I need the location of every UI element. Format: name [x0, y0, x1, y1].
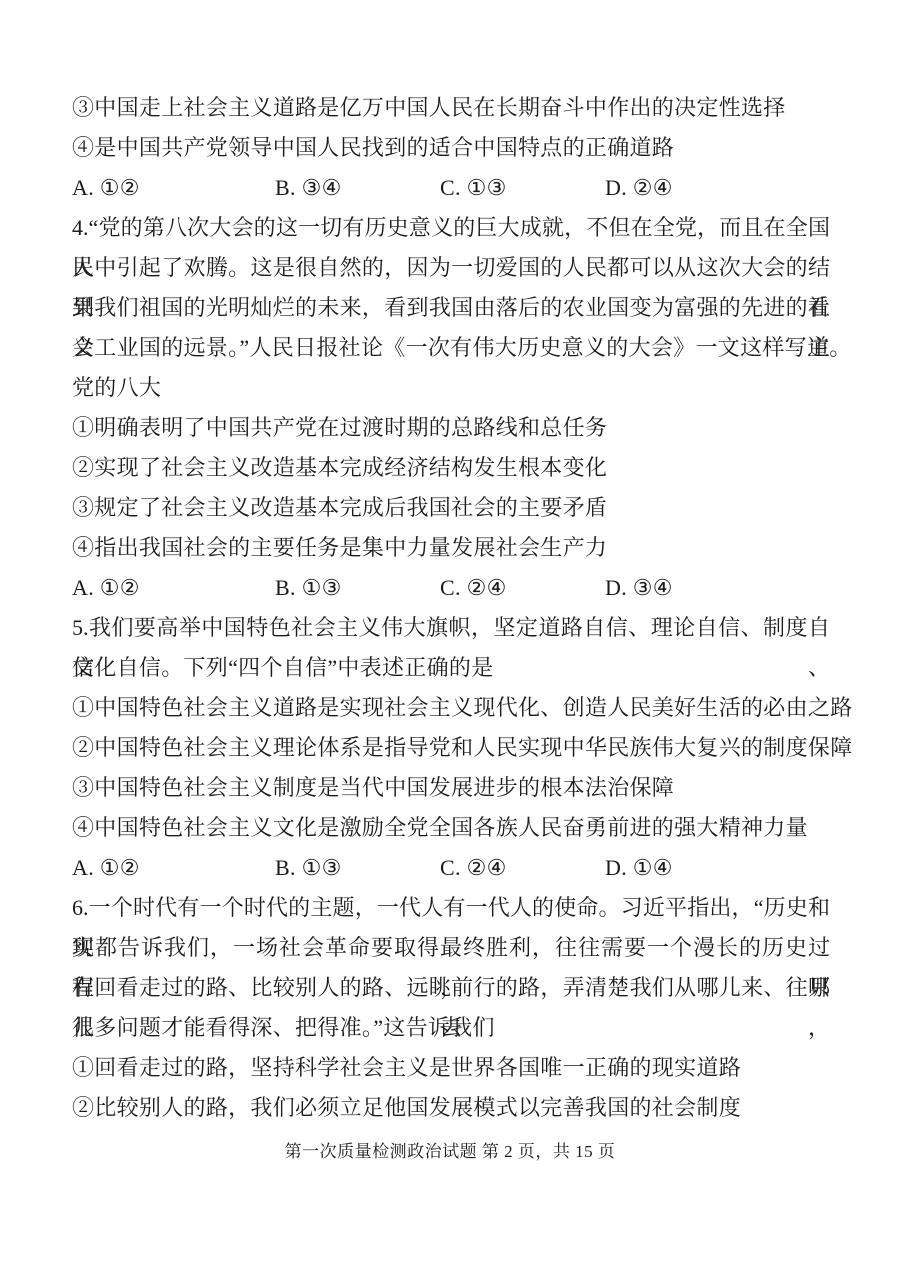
q4-statement-3: ③规定了社会主义改造基本完成后我国社会的主要矛盾: [72, 488, 830, 528]
q5-choice-c: C. ②④: [440, 848, 605, 888]
q5-choice-a: A. ①②: [72, 848, 275, 888]
q4-stem-line-5: 党的八大: [72, 368, 830, 408]
q5-choice-row: A. ①② B. ①③ C. ②④ D. ①④: [72, 848, 830, 888]
q3-choice-d: D. ②④: [605, 168, 830, 208]
q5-choice-b: B. ①③: [275, 848, 440, 888]
q4-choice-a: A. ①②: [72, 568, 275, 608]
q5-statement-3: ③中国特色社会主义制度是当代中国发展进步的根本法治保障: [72, 768, 830, 808]
q5-statement-2: ②中国特色社会主义理论体系是指导党和人民实现中华民族伟大复兴的制度保障: [72, 728, 830, 768]
q4-statement-4: ④指出我国社会的主要任务是集中力量发展社会生产力: [72, 528, 830, 568]
q5-statement-4: ④中国特色社会主义文化是激励全党全国各族人民奋勇前进的强大精神力量: [72, 808, 830, 848]
page-footer: 第一次质量检测政治试题 第 2 页，共 15 页: [0, 1140, 900, 1164]
q3-choice-c: C. ①③: [440, 168, 605, 208]
q6-stem-line-2: 实都告诉我们，一场社会革命要取得最终胜利，往往需要一个漫长的历史过程，只: [72, 928, 830, 968]
q6-statement-1: ①回看走过的路，坚持科学社会主义是世界各国唯一正确的现实道路: [72, 1048, 830, 1088]
q4-choice-c: C. ②④: [440, 568, 605, 608]
q4-stem-line-4: 义工业国的远景。”人民日报社论《一次有伟大历史意义的大会》一文这样写道。: [72, 328, 830, 368]
q4-stem-line-3: 到我们祖国的光明灿烂的未来，看到我国由落后的农业国变为富强的先进的社会主: [72, 288, 830, 328]
q4-statement-1: ①明确表明了中国共产党在过渡时期的总路线和总任务: [72, 408, 830, 448]
q6-stem-line-3: 有回看走过的路、比较别人的路、远眺前行的路，弄清楚我们从哪儿来、往哪儿去，: [72, 968, 830, 1008]
q5-stem-line-1: 5.我们要高举中国特色社会主义伟大旗帜，坚定道路自信、理论自信、制度自信、: [72, 608, 830, 648]
q4-stem-line-2: 民中引起了欢腾。这是很自然的，因为一切爱国的人民都可以从这次大会的结果看: [72, 248, 830, 288]
q4-choice-d: D. ③④: [605, 568, 830, 608]
exam-body-text: ③中国走上社会主义道路是亿万中国人民在长期奋斗中作出的决定性选择 ④是中国共产党…: [72, 88, 830, 1128]
q3-statement-4: ④是中国共产党领导中国人民找到的适合中国特点的正确道路: [72, 128, 830, 168]
q3-choice-b: B. ③④: [275, 168, 440, 208]
q4-statement-2: ②实现了社会主义改造基本完成经济结构发生根本变化: [72, 448, 830, 488]
q4-choice-b: B. ①③: [275, 568, 440, 608]
q5-statement-1: ①中国特色社会主义道路是实现社会主义现代化、创造人民美好生活的必由之路: [72, 688, 830, 728]
q6-stem-line-1: 6.一个时代有一个时代的主题，一代人有一代人的使命。习近平指出，“历史和现: [72, 888, 830, 928]
q4-choice-row: A. ①② B. ①③ C. ②④ D. ③④: [72, 568, 830, 608]
q3-choice-a: A. ①②: [72, 168, 275, 208]
exam-page: ③中国走上社会主义道路是亿万中国人民在长期奋斗中作出的决定性选择 ④是中国共产党…: [0, 0, 900, 1271]
q5-choice-d: D. ①④: [605, 848, 830, 888]
q6-statement-2: ②比较别人的路，我们必须立足他国发展模式以完善我国的社会制度: [72, 1088, 830, 1128]
q4-stem-line-1: 4.“党的第八次大会的这一切有历史意义的巨大成就，不但在全党，而且在全国人: [72, 208, 830, 248]
q3-choice-row: A. ①② B. ③④ C. ①③ D. ②④: [72, 168, 830, 208]
q3-statement-3: ③中国走上社会主义道路是亿万中国人民在长期奋斗中作出的决定性选择: [72, 88, 830, 128]
